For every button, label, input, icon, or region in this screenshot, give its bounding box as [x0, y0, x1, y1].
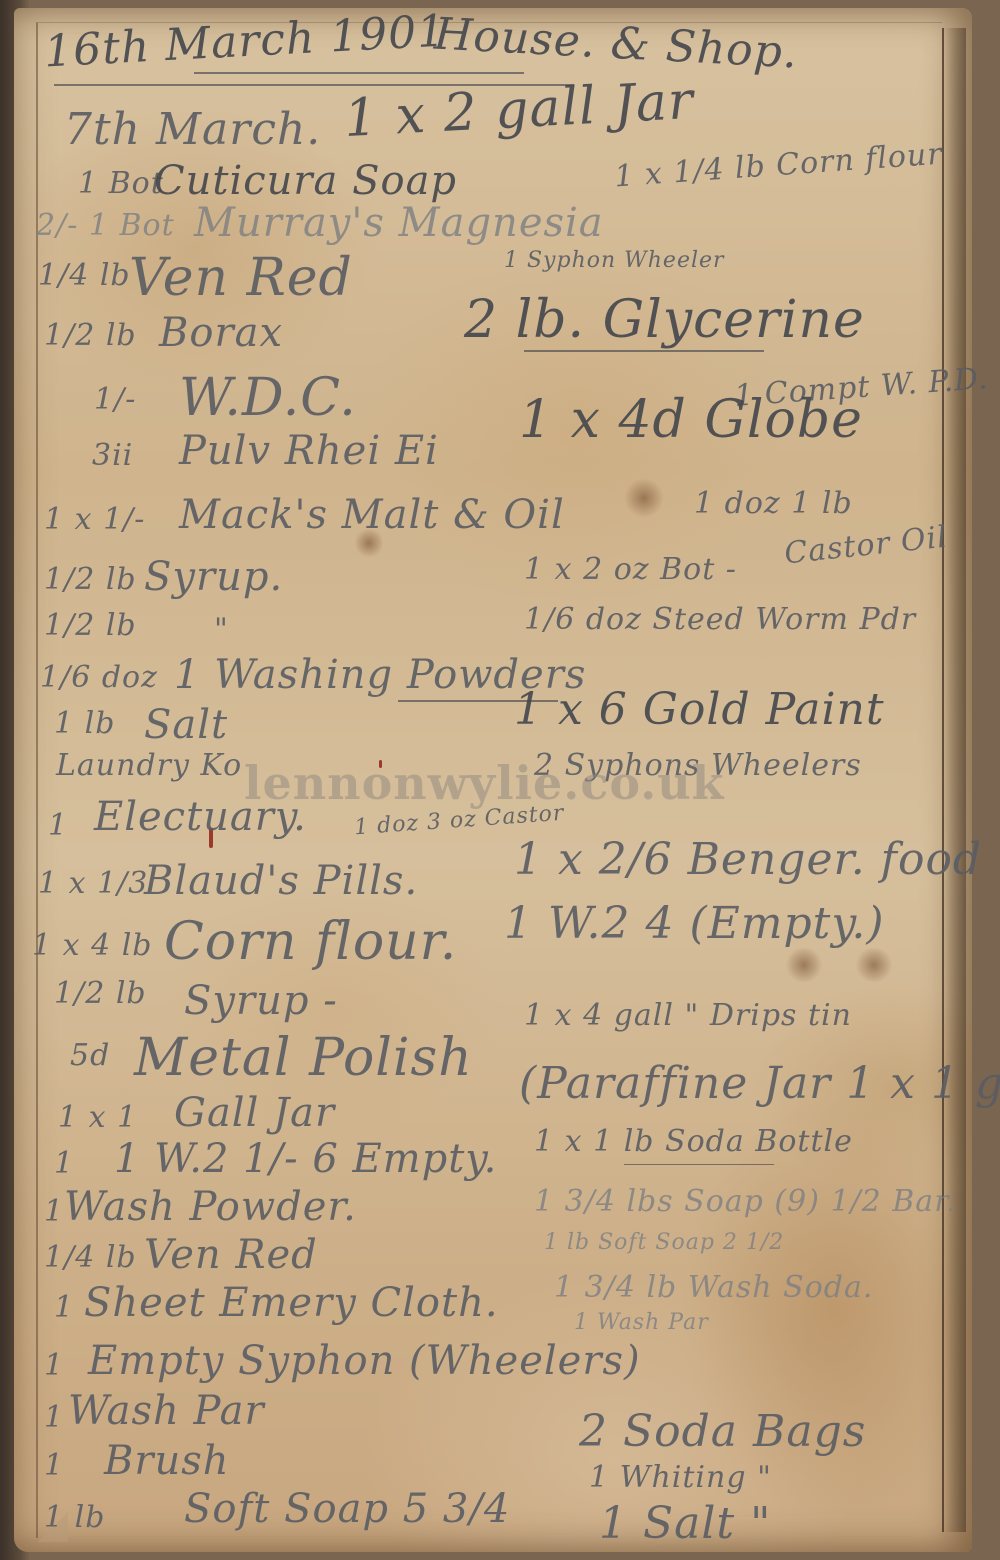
entry-item: Brush	[104, 1438, 230, 1484]
entry-item: Pulv Rhei Ei	[179, 428, 439, 474]
entry-qty: 1 x 1	[58, 1100, 137, 1135]
entry-item: Syrup -	[184, 978, 338, 1024]
entry-qty: 2/- 1 Bot	[36, 208, 175, 243]
right-entry: (Paraffine Jar 1 x 1 gall)	[519, 1058, 1000, 1109]
stain-spot	[784, 948, 824, 982]
right-entry: 1 x 1 lb Soda Bottle	[534, 1124, 853, 1159]
entry-item: Gall Jar	[174, 1090, 335, 1136]
entry-qty: 1/4 lb	[38, 258, 131, 293]
entry-qty: 5d	[70, 1038, 110, 1073]
entry-item: Corn flour.	[164, 912, 457, 972]
entry-qty: 1/-	[94, 382, 136, 417]
entry-item: Metal Polish	[134, 1028, 473, 1088]
page-gutter	[942, 28, 966, 1532]
entry-qty: 1	[44, 1348, 64, 1383]
entry-qty: 1 x 1/-	[44, 502, 145, 537]
entry-item: Wash Powder.	[64, 1184, 357, 1230]
entry-qty: 1/2 lb	[54, 976, 147, 1011]
right-entry: 1 x 6 Gold Paint	[514, 684, 885, 735]
right-entry: 1 3/4 lbs Soap (9) 1/2 Bar.	[534, 1184, 957, 1219]
watermark: lennonwylie.co.uk	[244, 756, 725, 810]
stain-spot	[854, 948, 894, 982]
right-entry: 1/6 doz Steed Worm Pdr	[524, 602, 916, 637]
right-entry: 1 Syphon Wheeler	[504, 248, 725, 273]
entry-item: "	[214, 612, 229, 647]
entry-qty: 1	[54, 1146, 74, 1181]
underline-mark	[624, 1164, 774, 1165]
section-date: 7th March.	[64, 104, 321, 155]
ledger-page: 16th March 1901 House. & Shop. 7th March…	[14, 8, 972, 1552]
right-entry: 1 Salt "	[599, 1498, 771, 1549]
right-entry: 2 lb. Glycerine	[464, 290, 865, 350]
entry-item: Laundry Ko	[56, 748, 242, 783]
entry-qty: 1 x 4 lb	[32, 928, 153, 963]
entry-qty: 1/2 lb	[44, 608, 137, 643]
entry-qty: 1/4 lb	[44, 1240, 137, 1275]
entry-item: Wash Par	[68, 1388, 265, 1434]
entry-item: Cuticura Soap	[154, 158, 457, 204]
entry-item: Blaud's Pills.	[144, 858, 418, 904]
entry-qty: 1	[54, 1290, 74, 1325]
entry-item: Ven Red	[144, 1232, 318, 1278]
entry-item: Empty Syphon (Wheelers)	[88, 1338, 641, 1384]
entry-item: Mack's Malt & Oil	[179, 492, 565, 538]
entry-qty: 1/6 doz	[40, 660, 158, 695]
header-rule-short	[194, 72, 524, 74]
entry-qty: 1	[48, 808, 68, 843]
right-entry: 1 x 2 oz Bot -	[524, 552, 737, 587]
entry-qty: 1/2 lb	[44, 318, 137, 353]
entry-item: Soft Soap 5 3/4	[184, 1486, 510, 1532]
underline-mark	[524, 350, 764, 352]
entry-item: W.D.C.	[179, 368, 357, 428]
entry-item: Murray's Magnesia	[194, 200, 604, 246]
right-entry: 1 doz 1 lb	[694, 486, 853, 521]
entry-item: Salt	[144, 702, 228, 748]
entry-item: Borax	[159, 310, 283, 356]
entry-qty: 1 x 1/3	[38, 866, 148, 901]
right-entry: 1 Wash Par	[574, 1310, 709, 1335]
right-entry: 1 lb Soft Soap 2 1/2	[544, 1230, 784, 1255]
entry-qty: 1/2 lb	[44, 562, 137, 597]
entry-qty: 3ii	[92, 438, 133, 473]
entry-item: 1 W.2 1/- 6 Empty.	[114, 1136, 497, 1182]
right-entry: 1 W.2 4 (Empty.)	[504, 898, 884, 949]
entry-qty: 1	[44, 1194, 64, 1229]
entry-item: Syrup.	[144, 554, 283, 600]
entry-item: Sheet Emery Cloth.	[84, 1280, 499, 1326]
entry-qty: 1 lb	[54, 706, 115, 741]
right-entry: 2 Soda Bags	[579, 1406, 866, 1457]
book-photo: 16th March 1901 House. & Shop. 7th March…	[0, 0, 1000, 1560]
entry-qty: 1	[44, 1448, 64, 1483]
right-entry: 1 x 4 gall " Drips tin	[524, 998, 852, 1033]
right-entry: 1 3/4 lb Wash Soda.	[554, 1270, 873, 1305]
stain-spot	[624, 478, 664, 518]
entry-qty: 1 Bot	[78, 166, 164, 201]
right-entry: 1 x 2/6 Benger. food	[514, 834, 982, 885]
right-entry: 1 Whiting "	[589, 1460, 772, 1495]
right-entry: 1 x 4d Globe	[519, 390, 863, 450]
entry-qty: 1	[44, 1400, 64, 1435]
entry-item: Ven Red	[129, 248, 353, 308]
entry-qty: 1 lb	[44, 1500, 105, 1535]
